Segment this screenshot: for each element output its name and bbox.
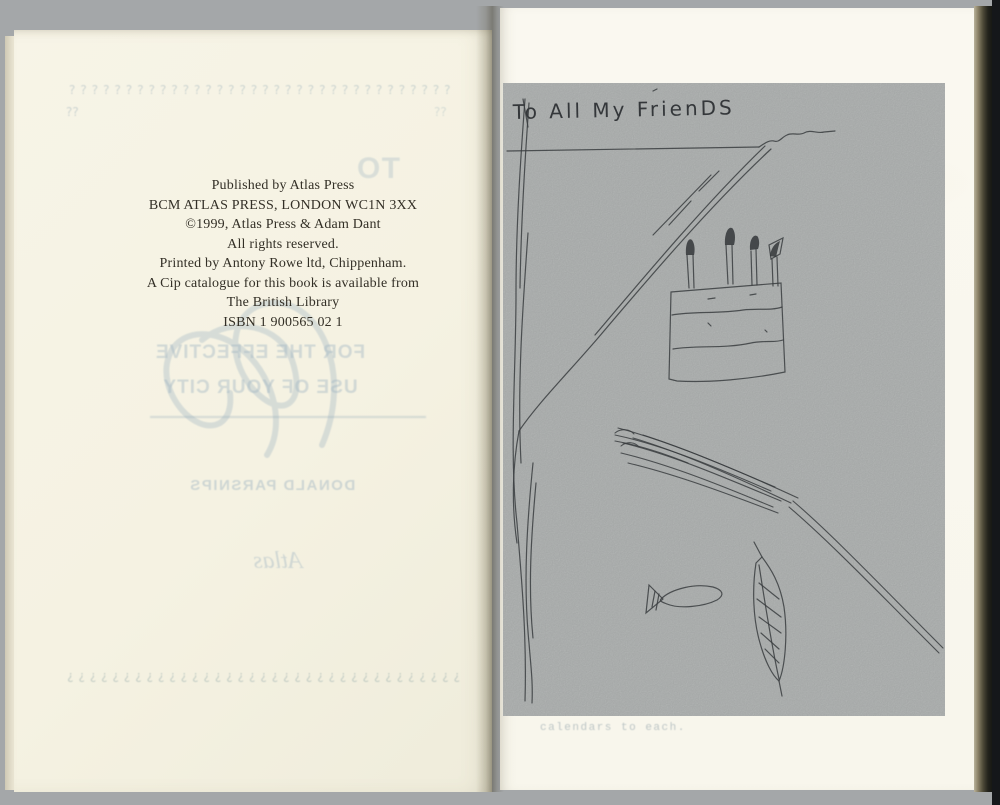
ghost-ornament-border-top: ?????????????????????????????????? bbox=[69, 82, 451, 99]
handwritten-dedication: To All My FrienDS bbox=[512, 95, 735, 124]
colophon-line: BCM ATLAS PRESS, LONDON WC1N 3XX bbox=[74, 196, 492, 216]
colophon-line: Published by Atlas Press bbox=[74, 176, 492, 196]
ghost-ornament-border-bottom: ???????????????????????????????????? bbox=[62, 668, 460, 685]
colophon-line: The British Library bbox=[74, 293, 492, 313]
showthrough-caption: calendars to each. bbox=[540, 722, 800, 734]
ghost-title-line1: FOR THE EFFECTIVE bbox=[152, 342, 368, 364]
ghost-author-name: DONALD PARSNIPS bbox=[182, 477, 362, 494]
colophon-line: All rights reserved. bbox=[74, 235, 492, 255]
colophon-isbn: ISBN 1 900565 02 1 bbox=[74, 313, 492, 333]
colophon-line: A Cip catalogue for this book is availab… bbox=[74, 274, 492, 294]
ghost-title-rule bbox=[150, 416, 426, 418]
open-book-scan: ?????????????????????????????????? ?????… bbox=[0, 0, 1000, 805]
ghost-title-line2: USE OF YOUR CITY bbox=[152, 377, 368, 399]
ghost-publisher-logo: Atlas bbox=[233, 548, 323, 575]
childs-drawing: To All My FrienDS bbox=[503, 83, 945, 716]
photocopied-drawing-plate: To All My FrienDS bbox=[503, 83, 945, 716]
book-edge-shadow bbox=[992, 0, 1000, 805]
colophon-line: Printed by Antony Rowe ltd, Chippenham. bbox=[74, 254, 492, 274]
right-page-stack-edge bbox=[974, 6, 994, 792]
colophon: Published by Atlas Press BCM ATLAS PRESS… bbox=[74, 176, 492, 332]
photocopy-grain-texture bbox=[503, 83, 945, 716]
right-page: To All My FrienDS bbox=[500, 8, 974, 790]
left-page: ?????????????????????????????????? ?????… bbox=[14, 30, 492, 792]
colophon-line: ©1999, Atlas Press & Adam Dant bbox=[74, 215, 492, 235]
